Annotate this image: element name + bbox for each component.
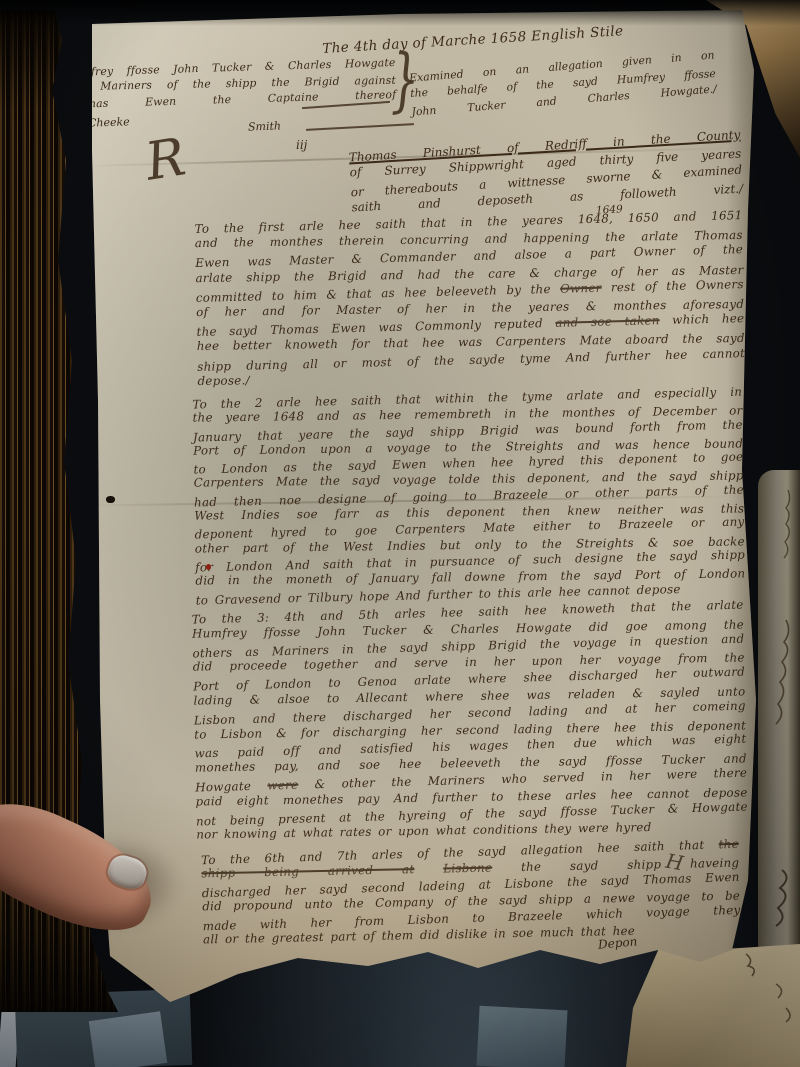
ink-fleck xyxy=(106,496,115,503)
examined-note: Examined on an allegation given in onthe… xyxy=(409,47,718,119)
deponent-heading: Thomas Pinshurst of Redriff in the Count… xyxy=(348,128,743,218)
red-ink-spot xyxy=(206,564,211,570)
proctor-signature-left: Cheeke xyxy=(88,115,130,129)
initial-flourish: R xyxy=(142,127,190,192)
edge-writing-marks xyxy=(758,470,800,955)
next-page-corner xyxy=(626,944,800,1067)
folio-mark: iij xyxy=(296,138,307,152)
table-surface-patch xyxy=(89,1011,168,1067)
date-heading-text: The 4th day of Marche 1658 English Stile xyxy=(322,23,624,57)
facing-page-curled-edge xyxy=(758,470,800,955)
proctor-signature-right: Smith xyxy=(248,119,281,133)
catchword: Depon xyxy=(597,934,637,951)
deposition-paragraph-4: To the 6th and 7th arles of the sayd all… xyxy=(201,837,741,949)
table-surface-patch xyxy=(476,1006,567,1067)
deposition-paragraph-2: To the 2 arle hee saith that within the … xyxy=(192,385,746,606)
corner-writing-marks xyxy=(626,944,800,1067)
pen-stroke xyxy=(306,123,414,131)
deposition-paragraph-1: To the first arle hee saith that in the … xyxy=(194,209,745,392)
deposition-paragraph-3: To the 3: 4th and 5th arles hee saith he… xyxy=(192,598,749,845)
manuscript-photo: The 4th day of Marche 1658 English Stile… xyxy=(0,0,800,1067)
